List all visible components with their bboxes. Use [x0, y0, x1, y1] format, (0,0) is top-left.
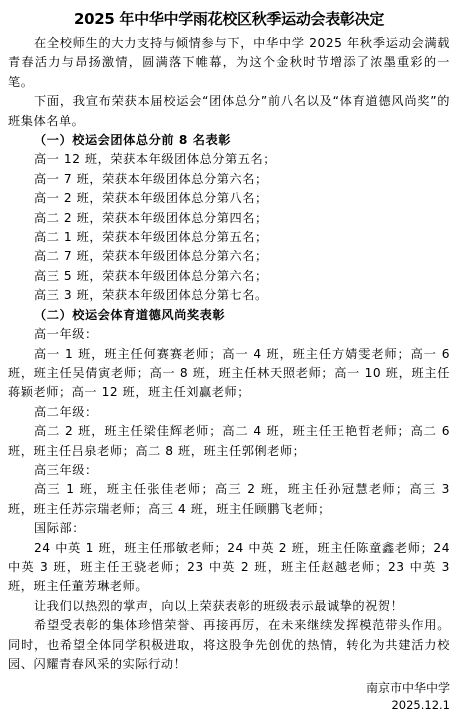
- grade-label: 高二年级：: [8, 403, 450, 422]
- grade-classes: 高三 1 班，班主任张佳老师；高三 2 班，班主任孙冠慧老师；高三 3 班，班主…: [8, 480, 450, 519]
- closing-paragraph-1: 让我们以热烈的掌声，向以上荣获表彰的班级表示最诚挚的祝贺！: [8, 597, 450, 616]
- grade-classes: 高二 2 班，班主任梁佳辉老师；高二 4 班，班主任王艳哲老师；高二 6 班，班…: [8, 422, 450, 461]
- intro-paragraph-2: 下面，我宣布荣获本届校运会“团体总分”前八名以及“体育道德风尚奖”的班集体名单。: [8, 92, 450, 131]
- list-item: 高二 7 班，荣获本年级团体总分第六名；: [8, 247, 450, 266]
- document-page: 2025 年中华中学雨花校区秋季运动会表彰决定 在全校师生的大力支持与倾情参与下…: [8, 0, 450, 674]
- grade-label: 高一年级：: [8, 325, 450, 344]
- closing-paragraph-2: 希望受表彰的集体珍惜荣誉、再接再厉，在未来继续发挥模范带头作用。同时，也希望全体…: [8, 616, 450, 674]
- list-item: 高一 2 班，荣获本年级团体总分第八名；: [8, 189, 450, 208]
- list-item: 高一 7 班，荣获本年级团体总分第六名；: [8, 170, 450, 189]
- team-score-list: 高一 12 班，荣获本年级团体总分第五名； 高一 7 班，荣获本年级团体总分第六…: [8, 150, 450, 305]
- grade-classes: 高一 1 班，班主任何赛赛老师；高一 4 班，班主任方婧雯老师；高一 6 班，班…: [8, 345, 450, 403]
- list-item: 高二 2 班，荣获本年级团体总分第四名；: [8, 209, 450, 228]
- sportsmanship-award-list: 高一年级： 高一 1 班，班主任何赛赛老师；高一 4 班，班主任方婧雯老师；高一…: [8, 325, 450, 597]
- signature-date: 2025.12.1: [366, 697, 450, 714]
- signature-block: 南京市中华中学 2025.12.1: [366, 680, 450, 714]
- section-2-heading: （二）校运会体育道德风尚奖表彰: [8, 306, 450, 325]
- intro-paragraph-1: 在全校师生的大力支持与倾情参与下，中华中学 2025 年秋季运动会满载青春活力与…: [8, 34, 450, 92]
- list-item: 高三 5 班，荣获本年级团体总分第六名；: [8, 267, 450, 286]
- section-1-heading: （一）校运会团体总分前 8 名表彰: [8, 131, 450, 150]
- signature-org: 南京市中华中学: [366, 680, 450, 697]
- grade-classes: 24 中英 1 班，班主任邢敏老师；24 中英 2 班，班主任陈童鑫老师；24 …: [8, 539, 450, 597]
- grade-label: 高三年级：: [8, 461, 450, 480]
- list-item: 高二 1 班，荣获本年级团体总分第五名；: [8, 228, 450, 247]
- document-body: 在全校师生的大力支持与倾情参与下，中华中学 2025 年秋季运动会满载青春活力与…: [8, 34, 450, 674]
- list-item: 高一 12 班，荣获本年级团体总分第五名；: [8, 150, 450, 169]
- list-item: 高三 3 班，荣获本年级团体总分第七名。: [8, 286, 450, 305]
- document-title: 2025 年中华中学雨花校区秋季运动会表彰决定: [8, 8, 450, 30]
- grade-label: 国际部：: [8, 519, 450, 538]
